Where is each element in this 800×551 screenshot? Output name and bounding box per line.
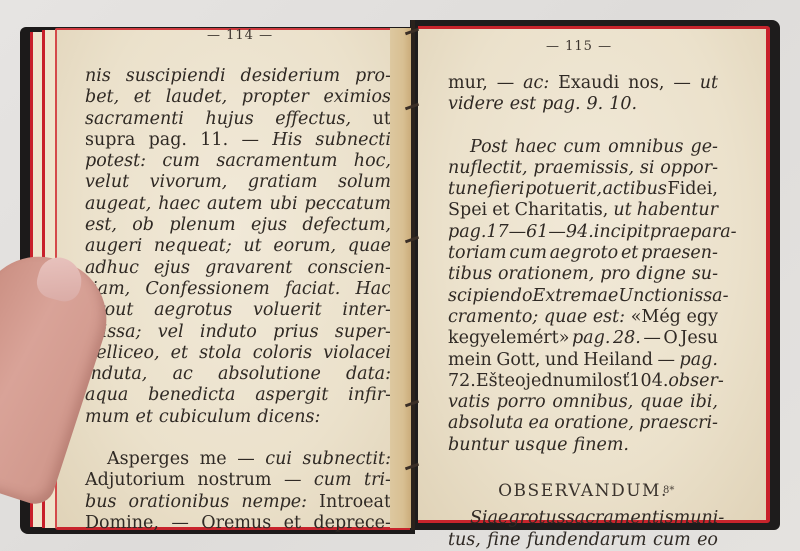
text-line: sacramentihujuseffectus,ut bbox=[85, 109, 391, 130]
text-line: Aspergesme—cuisubnectit: bbox=[85, 449, 391, 470]
text-line: augeat,haecautemubipeccatum bbox=[85, 194, 391, 215]
book-spine bbox=[411, 20, 415, 530]
text-line: vatisporroomnibus,quaeibi, bbox=[448, 392, 718, 413]
text-line: tiam,Confessionemfaciat.Hac bbox=[85, 279, 391, 300]
open-book-photo: — 114 — nissuscipiendidesideriumpro-bet,… bbox=[0, 0, 800, 551]
text-line: aquabenedictaaspergitinfir- bbox=[85, 385, 391, 406]
text-line: suprapag.11.—Hissubnecti bbox=[85, 130, 391, 151]
text-line: nuflectit,praemissis,sioppor- bbox=[448, 158, 718, 179]
text-line: 72.Ešteojednumilosť104.obser- bbox=[448, 371, 718, 392]
left-page-text: nissuscipiendidesideriumpro-bet,etlaudet… bbox=[85, 66, 391, 534]
text-line: cramento;quaeest:«Mégegy bbox=[448, 307, 718, 328]
text-line: busorationibusnempe:Introeat bbox=[85, 492, 391, 513]
text-line: mur,—ac:Exaudinos,—ut bbox=[448, 73, 718, 94]
text-line: mumetcubiculumdicens: bbox=[85, 407, 391, 428]
text-line: tus,finefundendarumcumeo bbox=[448, 530, 718, 551]
text-line: Adjutoriumnostrum—cumtri- bbox=[85, 470, 391, 491]
text-line: bet,etlaudet,proptereximios bbox=[85, 87, 391, 108]
text-line: missa;velindutopriussuper- bbox=[85, 322, 391, 343]
text-line: nissuscipiendidesideriumpro- bbox=[85, 66, 391, 87]
text-line: pelliceo,etstolacolorisviolacei bbox=[85, 343, 391, 364]
section-heading: OBSERVANDUM. bbox=[448, 481, 718, 502]
text-line: meinGott,undHeiland—pag. bbox=[448, 350, 718, 371]
text-line: proutaegrotusvolueritinter- bbox=[85, 300, 391, 321]
text-line: toriamcumaegrotoetpraesen- bbox=[448, 243, 718, 264]
text-line: Posthaeccumomnibusge- bbox=[448, 137, 718, 158]
text-line: tibusorationem,prodignesu- bbox=[448, 264, 718, 285]
text-line: velutvivorum,gratiamsolum bbox=[85, 172, 391, 193]
text-line: potest:cumsacramentumhoc, bbox=[85, 151, 391, 172]
right-page: — 115 — mur,—ac:Exaudinos,—utvidereestpa… bbox=[418, 26, 770, 523]
text-line: tunefieripotuerit,actibusFidei, bbox=[448, 179, 718, 200]
text-line: Domine,—Oremusetdeprece- bbox=[85, 513, 391, 534]
page-number-left: — 114 — bbox=[207, 28, 273, 43]
text-line: absolutaeaoratione,praescri- bbox=[448, 413, 718, 434]
text-line: videreestpag.9.10. bbox=[448, 94, 718, 115]
text-line: induta,acabsolutionedata: bbox=[85, 364, 391, 385]
signature-mark: 8* bbox=[663, 485, 674, 496]
left-page: — 114 — nissuscipiendidesideriumpro-bet,… bbox=[55, 28, 410, 530]
text-line: augerinequeat;uteorum,quae bbox=[85, 236, 391, 257]
text-line: scipiendoExtremaeUnctionissa- bbox=[448, 286, 718, 307]
right-page-text: mur,—ac:Exaudinos,—utvidereestpag.9.10.P… bbox=[448, 73, 718, 551]
text-line: est,obplenumejusdefectum, bbox=[85, 215, 391, 236]
text-line: pag.17—61—94.incipitpraepara- bbox=[448, 222, 718, 243]
gutter bbox=[390, 28, 412, 528]
text-line: adhucejusgravarentconscien- bbox=[85, 258, 391, 279]
text-line: kegyelemért»pag.28.—OJesu bbox=[448, 328, 718, 349]
page-number-right: — 115 — bbox=[546, 39, 612, 54]
text-line: Siaegrotussacramentismuni- bbox=[448, 508, 718, 529]
text-line: SpeietCharitatis,uthabentur bbox=[448, 200, 718, 221]
text-line: bunturusquefinem. bbox=[448, 435, 718, 456]
